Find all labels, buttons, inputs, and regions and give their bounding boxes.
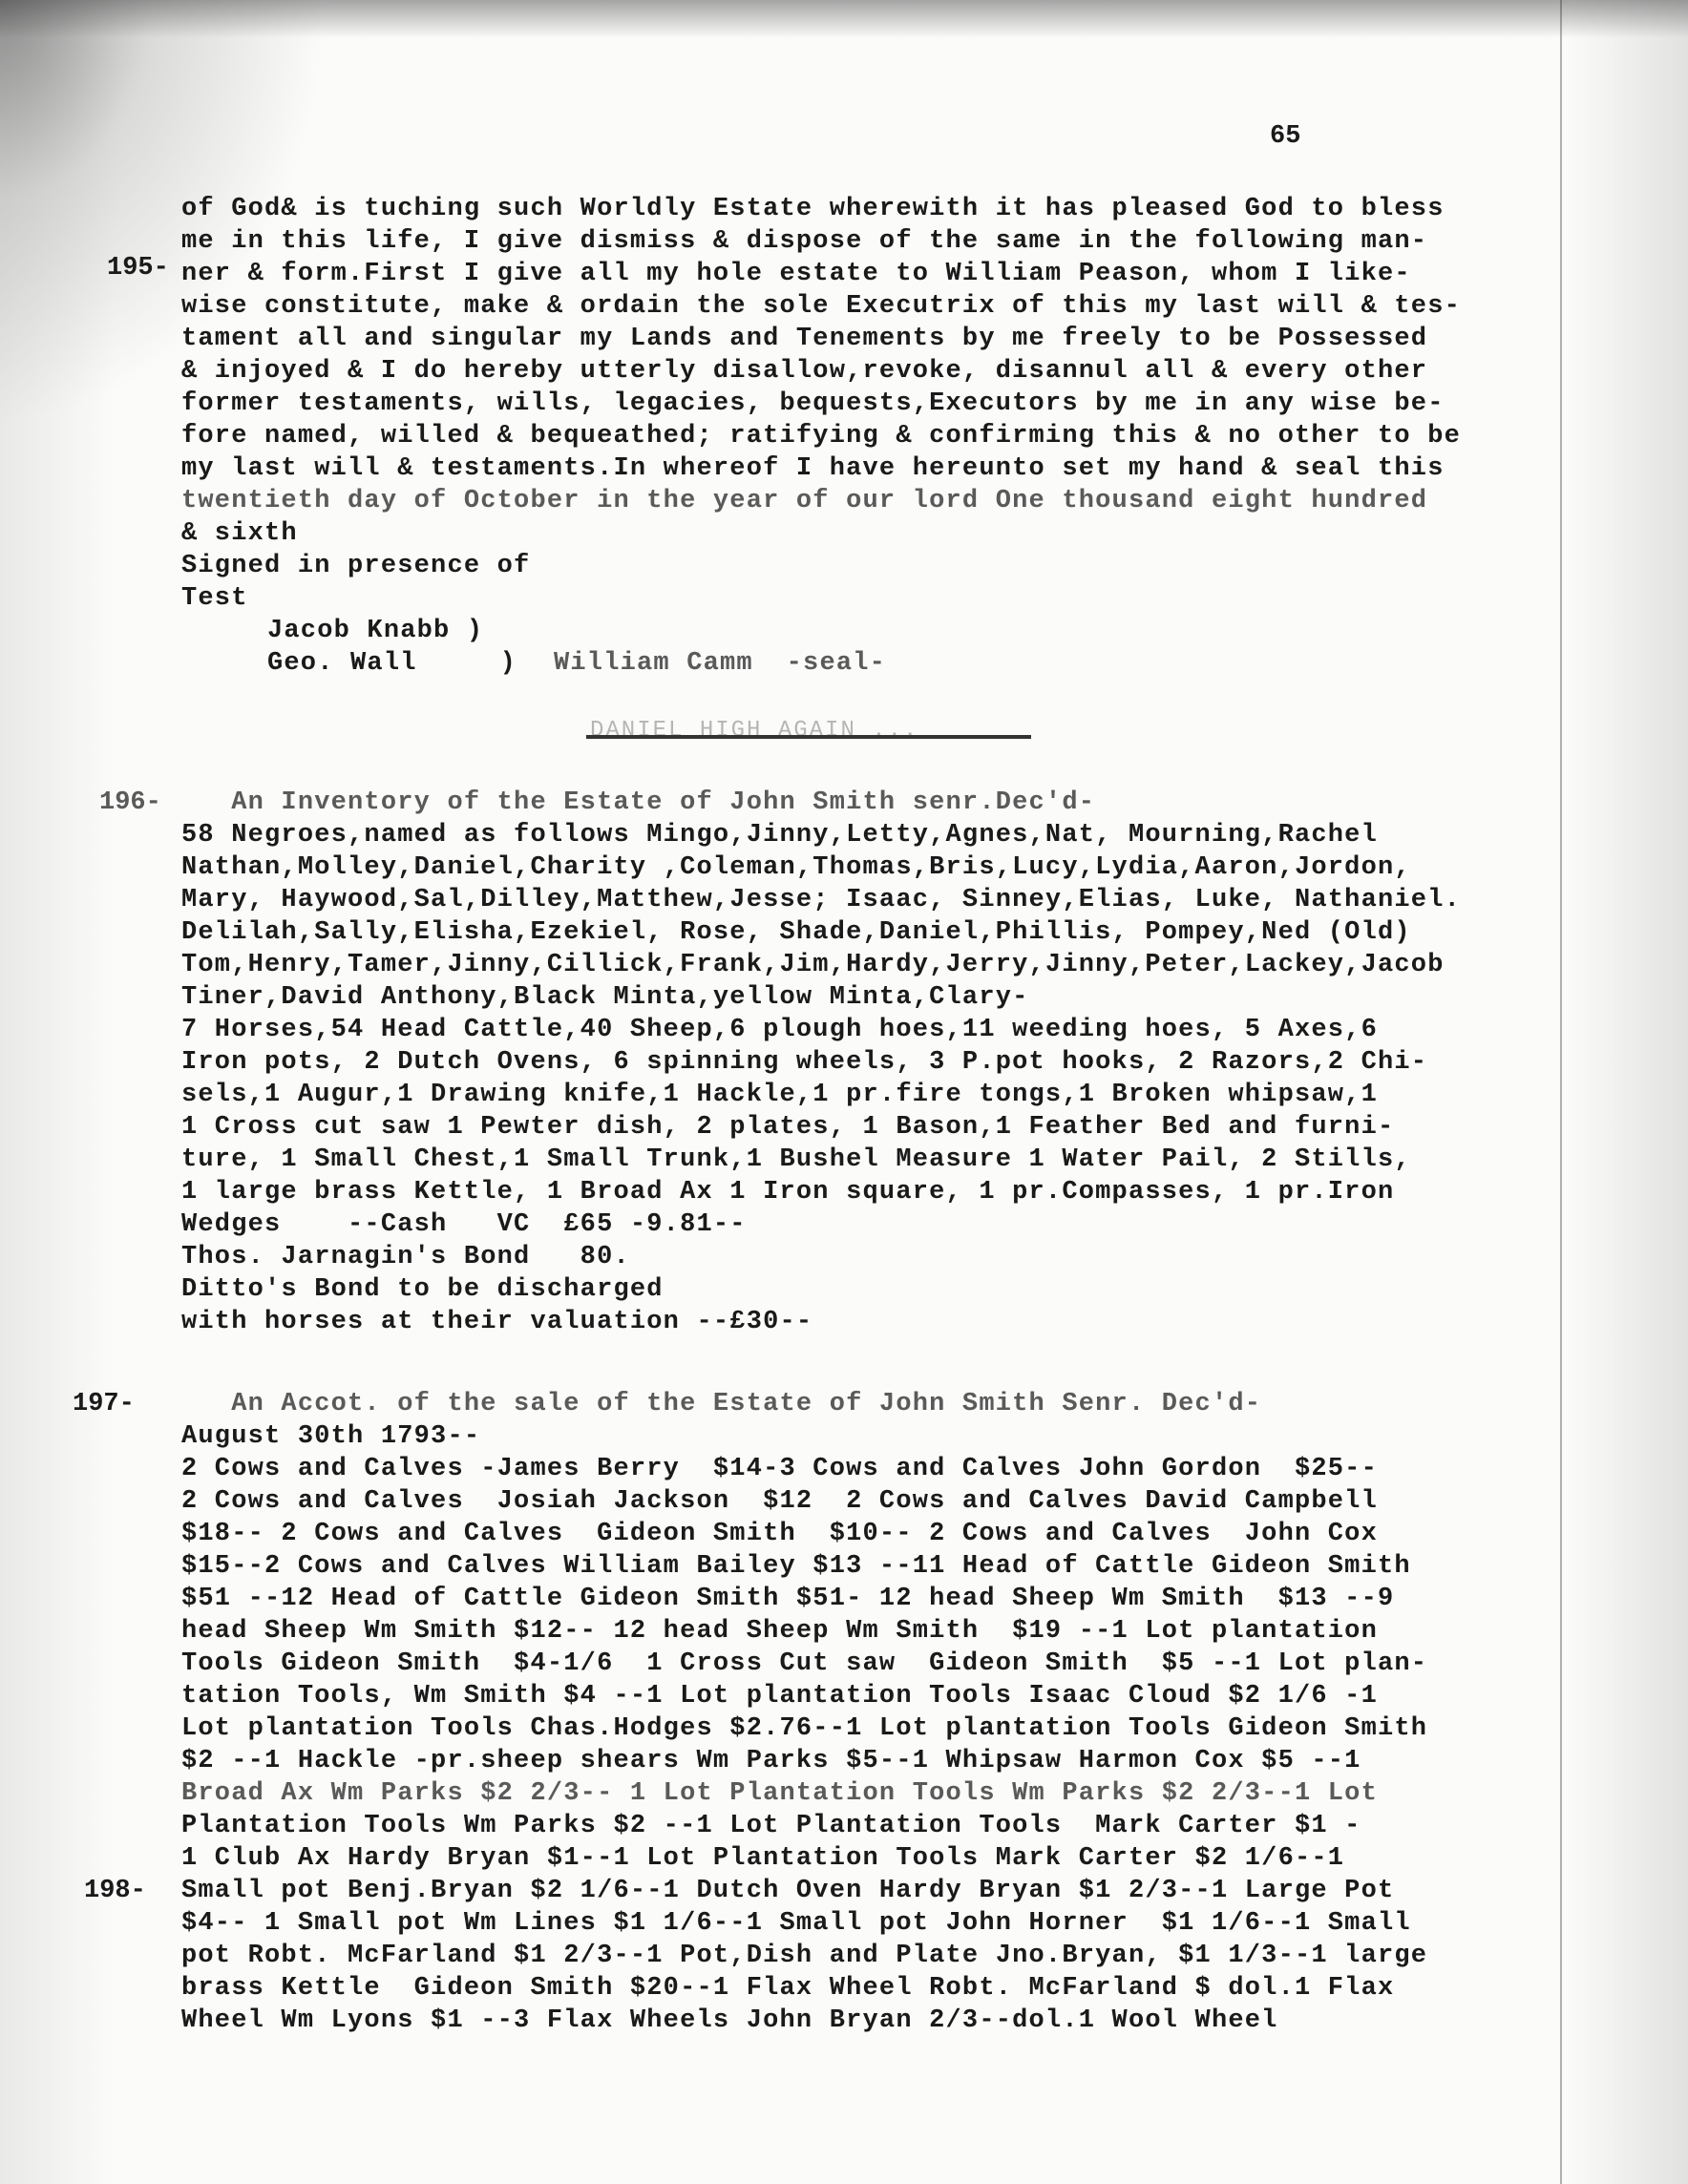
will-line: ner & form.First I give all my hole esta… (181, 260, 1411, 288)
will-line: me in this life, I give dismiss & dispos… (181, 227, 1427, 256)
testator-signature: William Camm -seal- (554, 649, 886, 678)
sale-line: Broad Ax Wm Parks $2 2/3-- 1 Lot Plantat… (181, 1779, 1378, 1808)
sale-line: An Accot. of the sale of the Estate of J… (181, 1390, 1261, 1418)
sale-line: 1 Club Ax Hardy Bryan $1--1 Lot Plantati… (181, 1844, 1344, 1873)
sale-line: Wheel Wm Lyons $1 --3 Flax Wheels John B… (181, 2006, 1278, 2035)
inventory-line: 1 large brass Kettle, 1 Broad Ax 1 Iron … (181, 1178, 1394, 1207)
witness: Geo. Wall ) (267, 649, 517, 678)
sale-line: $51 --12 Head of Cattle Gideon Smith $51… (181, 1585, 1394, 1613)
will-line: of God& is tuching such Worldly Estate w… (181, 195, 1445, 223)
sale-line: 2 Cows and Calves -James Berry $14-3 Cow… (181, 1455, 1378, 1483)
will-line: Signed in presence of (181, 552, 530, 580)
sale-line: Tools Gideon Smith $4-1/6 1 Cross Cut sa… (181, 1649, 1427, 1678)
sale-line: $18-- 2 Cows and Calves Gideon Smith $10… (181, 1520, 1378, 1548)
will-line: former testaments, wills, legacies, bequ… (181, 389, 1445, 418)
sale-line: tation Tools, Wm Smith $4 --1 Lot planta… (181, 1682, 1378, 1711)
inventory-line: Tom,Henry,Tamer,Jinny,Cillick,Frank,Jim,… (181, 951, 1445, 979)
document-page: 65 195- of God& is tuching such Worldly … (0, 0, 1688, 2184)
sale-line: Lot plantation Tools Chas.Hodges $2.76--… (181, 1714, 1427, 1743)
inventory-line: Nathan,Molley,Daniel,Charity ,Coleman,Th… (181, 853, 1411, 882)
sale-line: $15--2 Cows and Calves William Bailey $1… (181, 1552, 1411, 1581)
inventory-line: Wedges --Cash VC £65 -9.81-- (181, 1210, 747, 1239)
entry-number-195: 195- (107, 254, 169, 283)
sale-line: August 30th 1793-- (181, 1422, 480, 1451)
inventory-line: sels,1 Augur,1 Drawing knife,1 Hackle,1 … (181, 1081, 1378, 1109)
inventory-line: An Inventory of the Estate of John Smith… (181, 788, 1095, 817)
heading-underline (586, 735, 1031, 739)
witness: Jacob Knabb ) (267, 617, 483, 645)
will-line: wise constitute, make & ordain the sole … (181, 292, 1461, 321)
will-line: twentieth day of October in the year of … (181, 487, 1427, 515)
sale-line: Plantation Tools Wm Parks $2 --1 Lot Pla… (181, 1812, 1361, 1840)
sale-line: brass Kettle Gideon Smith $20--1 Flax Wh… (181, 1974, 1394, 2003)
sale-line: pot Robt. McFarland $1 2/3--1 Pot,Dish a… (181, 1942, 1427, 1970)
entry-number-196: 196- (99, 788, 161, 817)
will-line: tament all and singular my Lands and Ten… (181, 325, 1427, 353)
entry-number-198: 198- (84, 1877, 146, 1905)
will-line: fore named, willed & bequeathed; ratifyi… (181, 422, 1461, 451)
page-edge-line (1560, 0, 1562, 2184)
inventory-line: Tiner,David Anthony,Black Minta,yellow M… (181, 983, 1029, 1012)
sale-line: head Sheep Wm Smith $12-- 12 head Sheep … (181, 1617, 1378, 1646)
inventory-line: Ditto's Bond to be discharged (181, 1275, 664, 1304)
scan-shadow (0, 0, 1688, 38)
inventory-line: Iron pots, 2 Dutch Ovens, 6 spinning whe… (181, 1048, 1427, 1077)
inventory-line: ture, 1 Small Chest,1 Small Trunk,1 Bush… (181, 1145, 1411, 1174)
section-heading: DANIEL HIGH AGAIN ... (590, 718, 918, 744)
inventory-line: 58 Negroes,named as follows Mingo,Jinny,… (181, 821, 1378, 850)
sale-line: Small pot Benj.Bryan $2 1/6--1 Dutch Ove… (181, 1877, 1394, 1905)
will-line: Test (181, 584, 248, 613)
inventory-line: Mary, Haywood,Sal,Dilley,Matthew,Jesse; … (181, 886, 1461, 914)
page-number: 65 (1270, 122, 1300, 151)
will-line: & injoyed & I do hereby utterly disallow… (181, 357, 1427, 386)
inventory-line: 7 Horses,54 Head Cattle,40 Sheep,6 ploug… (181, 1016, 1378, 1044)
inventory-line: Thos. Jarnagin's Bond 80. (181, 1243, 630, 1271)
will-line: & sixth (181, 519, 298, 548)
will-line: my last will & testaments.In whereof I h… (181, 454, 1445, 483)
inventory-line: 1 Cross cut saw 1 Pewter dish, 2 plates,… (181, 1113, 1394, 1142)
sale-line: $2 --1 Hackle -pr.sheep shears Wm Parks … (181, 1747, 1361, 1775)
inventory-line: Delilah,Sally,Elisha,Ezekiel, Rose, Shad… (181, 918, 1411, 947)
sale-line: $4-- 1 Small pot Wm Lines $1 1/6--1 Smal… (181, 1909, 1411, 1938)
inventory-line: with horses at their valuation --£30-- (181, 1308, 812, 1336)
sale-line: 2 Cows and Calves Josiah Jackson $12 2 C… (181, 1487, 1378, 1516)
entry-number-197: 197- (73, 1390, 135, 1418)
